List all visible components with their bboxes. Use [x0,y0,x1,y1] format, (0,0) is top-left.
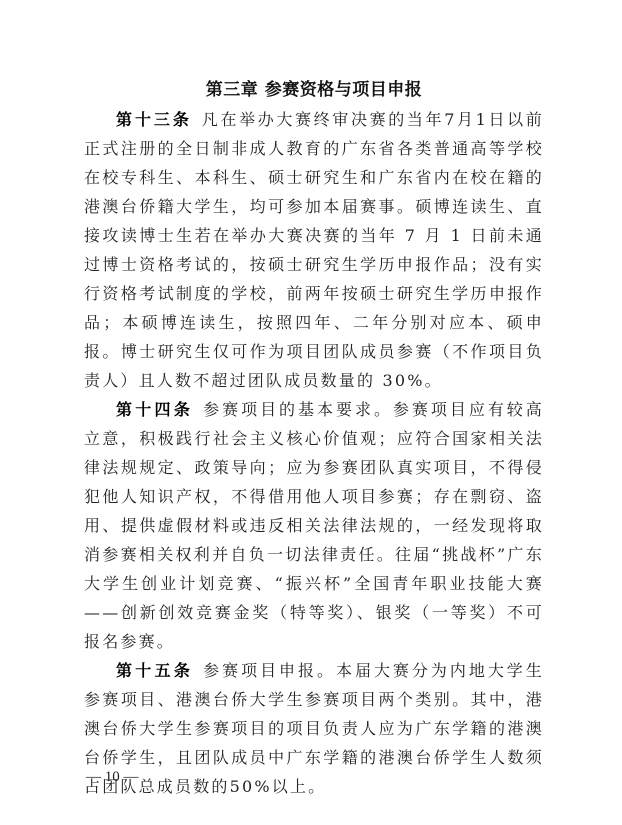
article-text: 参赛项目的基本要求。参赛项目应有较高立意，积极践行社会主义核心价值观；应符合国家… [84,400,544,651]
article-15: 第十五条参赛项目申报。本届大赛分为内地大学生参赛项目、港澳台侨大学生参赛项目两个… [84,656,544,801]
article-14: 第十四条参赛项目的基本要求。参赛项目应有较高立意，积极践行社会主义核心价值观；应… [84,395,544,656]
article-heading: 第十五条 [116,661,193,680]
article-text: 参赛项目申报。本届大赛分为内地大学生参赛项目、港澳台侨大学生参赛项目两个类别。其… [84,661,544,796]
article-13: 第十三条凡在举办大赛终审决赛的当年7月1日以前正式注册的全日制非成人教育的广东省… [84,105,544,395]
article-text: 凡在举办大赛终审决赛的当年7月1日以前正式注册的全日制非成人教育的广东省各类普通… [84,110,544,390]
page-number: — 10 — [86,767,139,787]
article-heading: 第十三条 [116,110,192,129]
article-heading: 第十四条 [116,400,193,419]
document-body: 第十三条凡在举办大赛终审决赛的当年7月1日以前正式注册的全日制非成人教育的广东省… [84,105,544,801]
chapter-title: 第三章 参赛资格与项目申报 [0,78,622,102]
document-page: 第三章 参赛资格与项目申报 第十三条凡在举办大赛终审决赛的当年7月1日以前正式注… [0,0,622,825]
